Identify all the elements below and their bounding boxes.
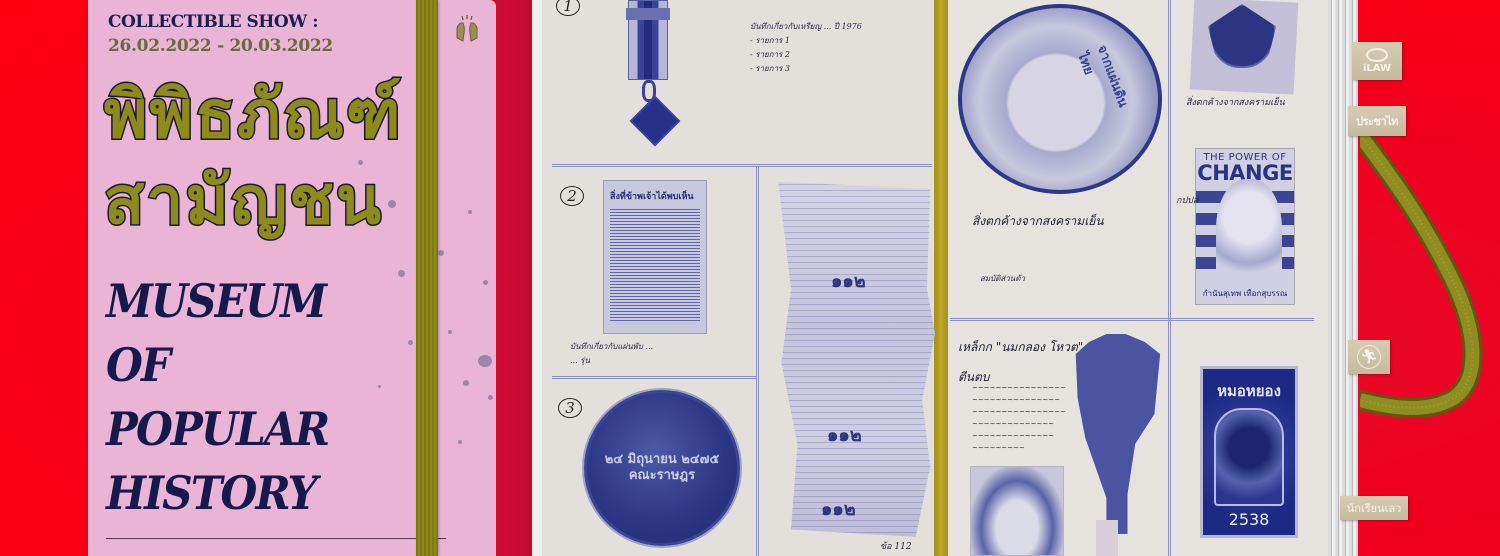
book-margin-note: กปปส	[1176, 196, 1196, 207]
section-number: 3	[558, 398, 582, 418]
cover-pretitle: COLLECTIBLE SHOW :	[108, 12, 318, 32]
pamphlet-notes: บันทึกเกี่ยวกับแผ่นพับ ... ... รุ่น	[570, 340, 750, 368]
pamphlet-artifact: สิ่งที่ข้าพเจ้าได้พบเห็น	[603, 180, 707, 334]
bowl-inscription: จากแผ่นดินไทย	[1072, 42, 1134, 118]
english-title-line-2: OF	[106, 342, 169, 388]
pick-caption: สิ่งตกค้างจากสงครามเย็น	[1186, 96, 1285, 110]
ribbon-bookmark[interactable]	[1360, 135, 1490, 425]
pamphlet-title: สิ่งที่ข้าพเจ้าได้พบเห็น	[610, 189, 700, 203]
portrait-photo	[970, 466, 1064, 556]
tab-ilaw[interactable]: iLAW	[1352, 42, 1402, 80]
notebook-elastic-band	[934, 0, 948, 556]
exhibition-dates: 26.02.2022 - 20.03.2022	[108, 36, 333, 56]
grid-divider	[1168, 0, 1171, 556]
medal-notes: บันทึกเกี่ยวกับเหรียญ ... ปี 1976 - รายก…	[750, 20, 920, 76]
elastic-band	[416, 0, 438, 556]
commemorative-coin: ๒๔ มิถุนายน ๒๔๗๕ คณะราษฎร	[584, 390, 740, 546]
thai-title-line-1: พิพิธภัณฑ์	[104, 82, 403, 148]
book-portrait	[1216, 179, 1282, 289]
clapper-notes: ~~~~~~~~~~~~~~~~~~~~~~~~~~~~~~~~~~~~~~~~…	[972, 382, 1058, 454]
document-number: ๑๑๒	[821, 494, 856, 523]
cassette-artwork	[1214, 408, 1284, 506]
clapper-handle	[1096, 520, 1118, 556]
raised-hands-icon	[452, 14, 482, 46]
document-number: ๑๑๒	[831, 266, 866, 295]
bowl-note: สมบัติส่วนตัว	[980, 272, 1025, 286]
ink-splatter	[278, 140, 496, 500]
cover-divider	[106, 538, 446, 539]
cassette-tape: หมอหยอง 2538	[1200, 366, 1298, 538]
enamel-bowl: จากแผ่นดินไทย	[958, 4, 1162, 194]
grid-divider	[552, 376, 756, 379]
cassette-title: หมอหยอง	[1217, 379, 1281, 403]
runner-icon: 🏃︎	[1357, 345, 1381, 369]
tab-label: นักเรียนเลว	[1347, 499, 1402, 517]
speech-bubble-icon	[1366, 48, 1388, 62]
tab-label: ประชาไท	[1356, 112, 1398, 130]
grid-divider	[950, 318, 1314, 321]
clapper-caption: เหล็กก "นมกลอง โหวต"	[958, 338, 1083, 357]
medal-clasp	[626, 8, 670, 20]
grid-divider	[552, 164, 932, 167]
coin-inscription: ๒๔ มิถุนายน ๒๔๗๕ คณะราษฎร	[605, 452, 720, 483]
book-author: กำนันสุเทพ เทือกสุบรรณ	[1196, 287, 1294, 300]
tissue-caption: ข้อ 112	[880, 540, 912, 554]
tab-runner[interactable]: 🏃︎	[1348, 340, 1390, 374]
background-gap	[496, 0, 534, 556]
document-number: ๑๑๒	[827, 420, 862, 449]
notebook-page-edges	[1328, 0, 1358, 556]
grid-divider	[756, 166, 759, 556]
bowl-caption: สิ่งตกค้างจากสงครามเย็น	[972, 212, 1104, 231]
section-number: 2	[560, 186, 584, 206]
cassette-year: 2538	[1229, 510, 1270, 529]
tissue-paper-document: ๑๑๒ ๑๑๒ ๑๑๒	[775, 178, 935, 548]
tab-prachatai[interactable]: ประชาไท	[1348, 106, 1406, 136]
book-cover: THE POWER OF CHANGE กำนันสุเทพ เทือกสุบร…	[1195, 148, 1295, 305]
tab-label: iLAW	[1363, 63, 1391, 74]
tab-bad-student[interactable]: นักเรียนเลว	[1340, 496, 1408, 520]
pamphlet-body	[610, 209, 700, 321]
